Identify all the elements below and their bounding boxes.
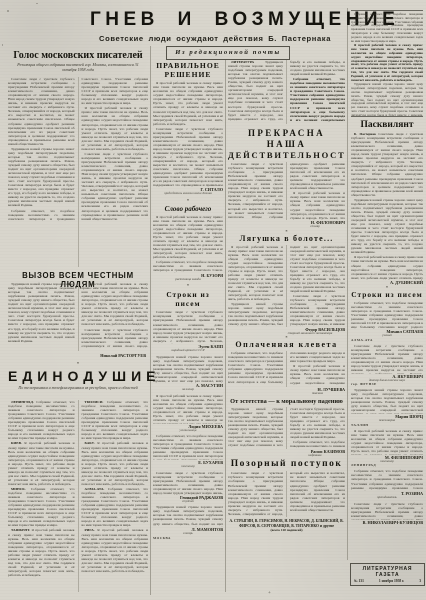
signature: Николай РАСТОРГУЕВ [78,353,146,358]
newspaper-page: + ГНЕВ И ВОЗМУЩЕНИЕ Советские люди осужд… [0,0,426,600]
signature-role: нефтяник [285,454,345,458]
paragraph: Я простой рабочий человек и скажу прямо:… [82,282,149,327]
page-number: 3 [419,579,421,583]
article-paskvilyant-title: Пасквилянт [351,120,423,130]
scan-speck [7,10,9,12]
body-text: Собрание отмечает, что подобное поведени… [351,301,423,329]
paragraph: Собрание отмечает, что подобное поведени… [153,260,223,272]
separator-icon: * [153,198,223,203]
body-text: Я простой рабочий человек и скажу прямо:… [228,245,283,302]
body-text: Советские люди с чувством глубокого возм… [351,502,423,520]
rubric-editorial-mail: Из редакционной почты [166,46,290,60]
column-rule [347,8,348,560]
signature-place: АЛМА-АТА [351,338,423,342]
article-estetstvo-title: От эстетства — к моральному падению [228,398,345,405]
paragraph: Собрание отмечает, что подобное поведени… [351,301,423,329]
article-slovo-body: Я простой рабочий человек и скажу прямо:… [153,215,223,273]
body-text: Собрание отмечает, что подобное поведени… [8,487,75,527]
column-rule [225,60,226,592]
column-5: Пасквилянт Б. Пастернак Советские люди с… [351,116,423,558]
body-text: Собрание отмечает, что подобное поведени… [351,469,423,491]
body-text: Я простой рабочий человек и скажу прямо:… [82,106,149,150]
letter-excerpt: Трудящиеся нашей страны хорошо знают цен… [153,505,223,527]
signature-role: ткачиха [290,392,345,396]
body-text: Советские люди с чувством глубокого возм… [351,132,423,197]
signature-role: председатель колхоза имени Ленина [153,192,223,196]
paragraph: ЛЕНИНГРАД. Собрание отмечает, что подобн… [8,400,75,440]
signature-role: расточница завода [153,278,223,282]
article-prekrasna-title-line2: ДЕЙСТВИТЕЛЬНОСТЬ [228,150,345,160]
paragraph: Собрание отмечает, что подобное поведени… [351,469,423,491]
signature: В. НИКОЛАЕВИЧ-КУЗНЕЦОВ [351,520,423,525]
paragraph: Трудящиеся нашей страны хорошо знают цен… [351,198,423,255]
body-text: Я простой рабочий человек и скажу прямо:… [8,441,75,485]
article-golos-subtitle: Резолюция общего собрания писателей гор.… [14,63,142,72]
article-golos-body: Советские люди с чувством глубокого возм… [8,77,148,267]
article-pozorny-title: Позорный поступок [228,459,345,469]
letter-excerpt: Собрание отмечает, что подобное поведени… [153,434,223,460]
body-text: Собрание отмечает, что подобное поведени… [153,434,223,460]
issue-number: № 131 [354,579,364,583]
paragraph: Советские люди с чувством глубокого возм… [153,471,223,495]
body-text: Я простой рабочий человек и скажу прямо:… [153,81,223,125]
article-lyagushka-body: Я простой рабочий человек и скажу прямо:… [228,245,345,327]
signature-place: гор. ФРУНЗЕ [351,382,423,386]
article-estetstvo-body: Трудящиеся нашей страны хорошо знают цен… [228,407,345,449]
body-text: Трудящиеся нашей страны хорошо знают цен… [351,82,423,116]
editorial-intro-body: ЛИТЕРАТУРА Трудящиеся нашей страны хорош… [228,60,345,124]
continuation-text-block: Собрание отмечает, что подобное поведени… [351,10,423,116]
paragraph: Я простой рабочий человек и скажу прямо:… [153,394,223,424]
paragraph: Трудящиеся нашей страны хорошо знают цен… [153,355,223,383]
paragraph: АЛМА-АТА. Собрание отмечает, что подобно… [82,487,149,527]
article-oplachennaya-title: Оплаченная клевета [228,340,345,349]
article-edinodushie-subtitle: По телеграммам и телефонограммам из респ… [18,386,138,391]
body-text: Трудящиеся нашей страны хорошо знают цен… [351,388,423,414]
letter-excerpt: Советские люди с чувством глубокого возм… [351,344,423,374]
paragraph: Я простой рабочий человек и скажу прямо:… [351,255,423,280]
paragraph: Трудящиеся нашей страны хорошо знают цен… [351,83,423,116]
paragraph: РИГА. Я простой рабочий человек и скажу … [82,528,149,573]
article-slovo-title: Слово рабочего [153,205,223,213]
body-text: Я простой рабочий человек и скажу прямо:… [82,528,149,572]
paragraph: Советские люди с чувством глубокого возм… [82,152,149,221]
pozorny-signers: А. СТРЫГИН, В. ГЕРАСИМОВ, Н. НЕКРАСОВ, Д… [228,519,345,528]
body-text: Советские люди с чувством глубокого возм… [228,471,345,515]
signature-role: преподаватель [351,496,423,500]
paragraph: КИЕВ. Я простой рабочий человек и скажу … [8,441,75,486]
column-2: ПРАВИЛЬНОЕ РЕШЕНИЕ Я простой рабочий чел… [153,62,223,592]
paragraph: Советские люди с чувством глубокого возм… [351,502,423,520]
paragraph: Я простой рабочий человек и скажу прямо:… [351,429,423,455]
signature-place: МОСКВА [153,536,223,540]
signature-role: студент [153,500,223,504]
article-pravilnoe-title-line2: РЕШЕНИЕ [153,71,223,80]
article-stroki-left-title: Строки из писем [153,290,223,308]
body-text: Советские люди с чувством глубокого возм… [8,77,75,146]
paragraph: ТАШКЕНТ. Я простой рабочий человек и ска… [8,528,75,577]
body-text: Я простой рабочий человек и скажу прямо:… [82,282,149,326]
body-text: Трудящиеся нашей страны хорошо знают цен… [153,355,223,383]
body-text: Я простой рабочий человек и скажу прямо:… [153,394,223,424]
paragraph: Трудящиеся нашей страны хорошо знают цен… [8,282,75,343]
letter-excerpt: Трудящиеся нашей страны хорошо знают цен… [153,355,223,383]
body-text: Я простой рабочий человек и скажу прямо:… [351,255,423,280]
column-rule [150,46,151,595]
body-text: Я простой рабочий человек и скажу прямо:… [351,429,423,455]
body-text: Собрание отмечает, что подобное поведени… [153,260,223,272]
article-golos-title: Голос московских писателей [8,50,148,61]
letter-excerpt: Советские люди с чувством глубокого возм… [351,502,423,520]
paragraph: Трудящиеся нашей страны хорошо знают цен… [153,505,223,527]
masthead-subtitle: Советские люди осуждают действия Б. Паст… [99,34,331,43]
paragraph: Советские люди с чувством глубокого возм… [153,127,223,187]
letter-excerpt: Собрание отмечает, что подобное поведени… [351,469,423,491]
paragraph: Советские люди с чувством глубокого возм… [8,77,75,146]
scan-speck [2,44,3,46]
paragraph: МИНСК. Собрание отмечает, что подобное п… [8,487,75,527]
body-text: Советские люди с чувством глубокого возм… [153,127,223,187]
body-text: Собрание отмечает, что подобное поведени… [8,400,75,440]
article-edinodushie-body: ЛЕНИНГРАД. Собрание отмечает, что подобн… [8,400,148,592]
body-text: Советские люди с чувством глубокого возм… [153,471,223,495]
newspaper-name: ЛИТЕРАТУРНАЯ ГАЗЕТА [351,564,424,578]
separator-icon: * [153,283,223,288]
signature-role: инженер [153,388,223,392]
signature-place: ТАЛЛИН [351,423,423,427]
article-edinodushie-title: ЕДИНОДУШИЕ [8,368,148,384]
paragraph: Советские люди с чувством глубокого возм… [228,471,345,517]
issue-date: 1 ноября 1958 г. [379,579,404,583]
paragraph: Советские люди с чувством глубокого возм… [351,344,423,374]
letter-excerpt: Советские люди с чувством глубокого возм… [153,471,223,495]
paragraph: Б. Пастернак Советские люди с чувством г… [351,132,423,197]
body-text: Я простой рабочий человек и скажу прямо:… [82,441,149,485]
body-text: Трудящиеся нашей страны хорошо знают цен… [153,505,223,527]
article-pravilnoe-body: Я простой рабочий человек и скажу прямо:… [153,81,223,187]
signature-place: ЛЕНИНГРАД [351,463,423,467]
paragraph: Советские люди с чувством глубокого возм… [153,310,223,344]
body-text: Советские люди с чувством глубокого возм… [153,310,223,344]
separator-icon: * [8,361,148,366]
letter-excerpt: Я простой рабочий человек и скажу прямо:… [351,429,423,455]
columns-3-4: ЛИТЕРАТУРА Трудящиеся нашей страны хорош… [228,60,345,592]
letter-excerpt: Советские люди с чувством глубокого возм… [153,310,223,344]
scan-speck [36,3,38,4]
paragraph: ТБИЛИСИ. Собрание отмечает, что подобное… [82,400,149,440]
paragraph: Я простой рабочий человек и скажу прямо:… [153,81,223,126]
body-text: Советские люди с чувством глубокого возм… [351,344,423,374]
paragraph: БАКУ. Я простой рабочий человек и скажу … [82,441,149,486]
paragraph: Я простой рабочий человек и скажу прямо:… [82,106,149,151]
signature-role: народный артист СССР [153,349,223,353]
letter-excerpt: Трудящиеся нашей страны хорошо знают цен… [351,388,423,414]
body-text: Я простой рабочий человек и скажу прямо:… [8,528,75,577]
signature-role: учительница [153,429,223,433]
article-paskvilyant-body: Б. Пастернак Советские люди с чувством г… [351,132,423,280]
body-text: Советские люди с чувством глубокого возм… [82,152,149,221]
article-pozorny-body: Советские люди с чувством глубокого возм… [228,471,345,517]
paragraph: Трудящиеся нашей страны хорошо знают цен… [8,147,75,208]
paragraph: Трудящиеся нашей страны хорошо знают цен… [351,388,423,414]
body-text: Я простой рабочий человек и скажу прямо:… [153,215,223,259]
article-prekrasna-body: Советские люди с чувством глубокого возм… [228,162,345,220]
signature-role: пенсионер [153,465,223,469]
body-text: Трудящиеся нашей страны хорошо знают цен… [8,282,75,343]
paragraph: Собрание отмечает, что подобное поведени… [351,13,423,43]
imprint-box: ЛИТЕРАТУРНАЯ ГАЗЕТА № 131 1 ноября 1958 … [350,563,425,586]
article-stroki-right-title: Строки из писем [351,290,423,299]
pozorny-signers-count: (всего 110 подписей) [228,528,345,532]
paragraph: Я простой рабочий человек и скажу прямо:… [351,44,423,82]
body-text-bold: Я простой рабочий человек и скажу прямо:… [351,43,423,81]
letter-excerpt: Я простой рабочий человек и скажу прямо:… [153,394,223,424]
paragraph: Собрание отмечает, что подобное поведени… [153,434,223,460]
article-vyzov-body: Трудящиеся нашей страны хорошо знают цен… [8,282,148,351]
paragraph: Я простой рабочий человек и скажу прямо:… [153,215,223,260]
body-text: Собрание отмечает, что подобное поведени… [351,12,423,43]
article-oplachennaya-body: Собрание отмечает, что подобное поведени… [228,351,345,387]
body-text: Трудящиеся нашей страны хорошо знают цен… [351,198,423,255]
body-text: Трудящиеся нашей страны хорошо знают цен… [8,147,75,208]
paragraph: Я простой рабочий человек и скажу прямо:… [228,245,283,302]
article-prekrasna-title-line1: ПРЕКРАСНА НАША [228,128,345,150]
letter-excerpt: Собрание отмечает, что подобное поведени… [351,301,423,329]
article-lyagushka-title: Лягушка в болоте... [228,234,345,243]
body-text: Собрание отмечает, что подобное поведени… [82,487,149,527]
body-text: Собрание отмечает, что подобное поведени… [82,400,149,440]
